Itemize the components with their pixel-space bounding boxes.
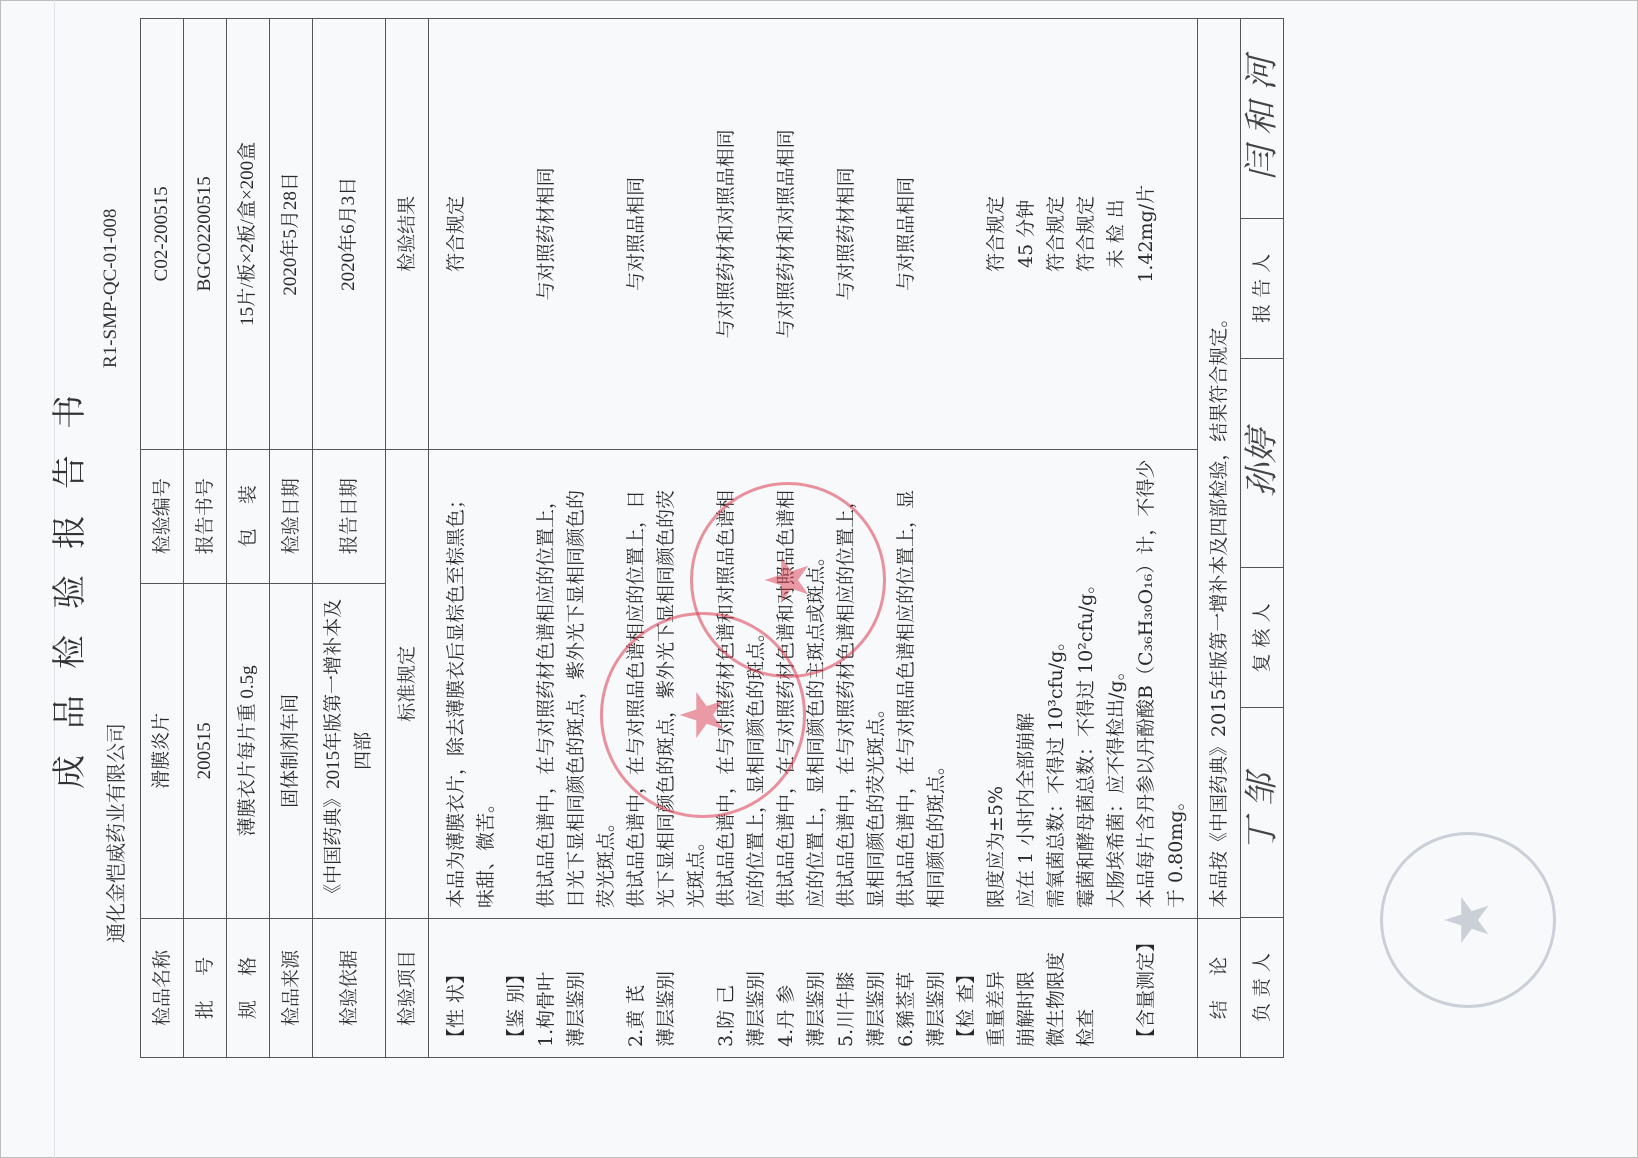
result-value-block: 与对照药材和对照品相同 [711,29,771,439]
report-no: BGC02200515 [184,19,227,450]
result-value-line [651,29,681,439]
responsible-signature: 丁 邹 [1241,708,1284,918]
test-item-name-block: 5.川牛膝薄层鉴别 [831,929,891,1047]
basis-label: 检验依据 [313,919,386,1058]
results-column: 符合规定 与对照药材相同 与对照品相同 与对照药材和对照品相同 与对照药材和对照… [429,19,1198,450]
star-icon: ★ [753,553,823,607]
row-product-name: 检品名称 滑膜炎片 检验编号 C02-200515 [141,19,184,1058]
standard-text-line: 霉菌和酵母菌总数：不得过 10²cfu/g。 [1071,460,1101,908]
standard-text-line: 大肠埃希菌：应不得检出/g。 [1101,460,1131,908]
result-value-line: 与对照药材和对照品相同 [771,29,801,439]
standard-text-block: 本品为薄膜衣片，除去薄膜衣后显棕色至棕黑色；味甜、微苦。 [441,460,501,908]
standard-text-line: 需氧菌总数：不得过 10³cfu/g。 [1041,460,1071,908]
test-date: 2020年5月28日 [270,19,313,450]
standard-text-line: 供试品色谱中，在与对照品色谱相应的位置上，显 [891,460,921,908]
conclusion-label: 结 论 [1198,919,1241,1058]
test-item-name-block: 4.丹 参薄层鉴别 [771,929,831,1047]
result-value-line: 与对照品相同 [891,29,921,439]
standard-text-block: 供试品色谱中，在与对照药材色谱相应的位置上，日光下显相同颜色的斑点，紫外光下显相… [501,460,621,908]
test-items-column: 【性 状】 【鉴 别】1.枸骨叶薄层鉴别 2.黄 芪薄层鉴别 3.防 己薄层鉴别… [429,919,1198,1058]
test-no: C02-200515 [141,19,184,450]
standard-text-line: 供试品色谱中，在与对照药材色谱相应的位置上， [531,460,561,908]
test-item-name-line: 5.川牛膝 [831,929,861,1047]
result-value-block: 符合规定符合规定未 检 出 [1041,29,1131,439]
row-source: 检品来源 固体制剂车间 检验日期 2020年5月28日 [270,19,313,1058]
company-name: 通化金恺威药业有限公司 [100,723,129,943]
result-value-line: 符合规定 [441,29,471,439]
test-item-name-line: 重量差异 [981,929,1011,1047]
row-batch: 批 号 200515 报告书号 BGC02200515 [184,19,227,1058]
test-item-name-line: 崩解时限 [1011,929,1041,1047]
report-date: 2020年6月3日 [313,19,386,450]
test-item-name-block: 【鉴 别】1.枸骨叶薄层鉴别 [501,929,621,1047]
test-item-name-line: 薄层鉴别 [741,929,771,1047]
document-title: 成品检验报告书 [42,0,91,1158]
standard-text-block: 限度应为±5% [951,460,1011,908]
reporter-label: 报 告 人 [1241,218,1284,358]
package: 15片/板×2板/盒×200盒 [227,19,270,450]
test-item-name-block: 【检 查】重量差异 [951,929,1011,1047]
test-no-label: 检验编号 [141,449,184,583]
result-value-block: 45 分钟 [1011,29,1041,439]
result-value-block: 符合规定 [441,29,501,439]
result-value-line: 符合规定 [981,29,1011,439]
reviewer-label: 复 核 人 [1241,568,1284,708]
col-standard-header: 标准规定 [386,449,429,918]
standard-text-line: 应在 1 小时内全部崩解 [1011,460,1041,908]
standard-text-line [501,460,531,908]
result-value-line [861,29,891,439]
reporter-signature: 闫 和 河 [1241,19,1284,219]
standard-text-block: 供试品色谱中，在与对照品色谱相应的位置上，显相同颜色的斑点。 [891,460,951,908]
signature-table: 负 责 人 丁 邹 复 核 人 孙婷 报 告 人 闫 和 河 [1240,18,1284,1058]
result-value-line: 符合规定 [1041,29,1071,439]
test-item-name-line: 薄层鉴别 [921,929,951,1047]
star-icon: ★ [1433,893,1503,947]
row-basis: 检验依据 《中国药典》2015年版第一增补本及四部 报告日期 2020年6月3日 [313,19,386,1058]
test-date-label: 检验日期 [270,449,313,583]
result-value-line: 符合规定 [1071,29,1101,439]
standard-text-line: 日光下显相同颜色的斑点，紫外光下显相同颜色的 [561,460,591,908]
test-item-name-line: 【含量测定】 [1131,929,1161,1047]
test-item-name-line: 6.豨莶草 [891,929,921,1047]
result-value-line: 1.42mg/片 [1131,29,1161,439]
test-item-name-line: 1.枸骨叶 [531,929,561,1047]
result-value-line [471,29,501,439]
conclusion-text: 本品按《中国药典》2015年版第一增补本及四部检验，结果符合规定。 [1198,19,1241,919]
result-value-line [951,29,981,439]
spec: 薄膜衣片每片重 0.5g [227,583,270,918]
col-result-header: 检验结果 [386,19,429,450]
standard-text-block: 需氧菌总数：不得过 10³cfu/g。霉菌和酵母菌总数：不得过 10²cfu/g… [1041,460,1131,908]
test-item-name-line [1161,929,1191,1047]
test-item-name-line: 2.黄 芪 [621,929,651,1047]
test-item-name-line [471,929,501,1047]
basis: 《中国药典》2015年版第一增补本及四部 [313,583,386,918]
test-item-name-block: 【性 状】 [441,929,501,1047]
result-value-line: 未 检 出 [1101,29,1131,439]
result-value-block: 与对照品相同 [891,29,951,439]
standard-text-block: 应在 1 小时内全部崩解 [1011,460,1041,908]
test-item-name-block: 【含量测定】 [1131,929,1191,1047]
standard-text-line: 味甜、微苦。 [471,460,501,908]
standard-text-line: 于 0.80mg。 [1161,460,1191,908]
test-item-name-line [591,929,621,1047]
test-item-name-line: 4.丹 参 [771,929,801,1047]
test-item-name-line: 薄层鉴别 [801,929,831,1047]
result-value-line [681,29,711,439]
star-icon: ★ [668,688,738,742]
result-value-line: 与对照品相同 [621,29,651,439]
standard-text-line: 限度应为±5% [981,460,1011,908]
test-item-name-line: 微生物限度 [1041,929,1071,1047]
report-no-label: 报告书号 [184,449,227,583]
result-value-line: 与对照药材相同 [831,29,861,439]
source-label: 检品来源 [270,919,313,1058]
test-item-name-line: 3.防 己 [711,929,741,1047]
test-item-name-line: 【检 查】 [951,929,981,1047]
standard-text-line: 相同颜色的斑点。 [921,460,951,908]
row-conclusion: 结 论 本品按《中国药典》2015年版第一增补本及四部检验，结果符合规定。 [1198,19,1241,1058]
test-item-name-line: 检查 [1071,929,1101,1047]
result-value-line: 45 分钟 [1011,29,1041,439]
result-value-line [801,29,831,439]
result-value-line [501,29,531,439]
result-value-line [921,29,951,439]
test-item-name-line [1101,929,1131,1047]
standard-text-line [951,460,981,908]
col-item-header: 检验项目 [386,919,429,1058]
test-item-name-line: 【鉴 别】 [501,929,531,1047]
result-value-block: 与对照药材和对照品相同 [771,29,831,439]
spec-label: 规 格 [227,919,270,1058]
row-spec: 规 格 薄膜衣片每片重 0.5g 包 装 15片/板×2板/盒×200盒 [227,19,270,1058]
test-item-name-line: 薄层鉴别 [861,929,891,1047]
standard-text-block: 本品每片含丹参以丹酚酸B（C₃₆H₃₀O₁₆）计，不得少于 0.80mg。 [1131,460,1191,908]
product-name: 滑膜炎片 [141,583,184,918]
result-value-block: 1.42mg/片 [1131,29,1191,439]
test-item-name-line: 【性 状】 [441,929,471,1047]
reviewer-signature: 孙婷 [1241,358,1284,568]
responsible-label: 负 责 人 [1241,918,1284,1058]
result-value-line [741,29,771,439]
standard-text-line: 本品每片含丹参以丹酚酸B（C₃₆H₃₀O₁₆）计，不得少 [1131,460,1161,908]
result-value-line [591,29,621,439]
package-label: 包 装 [227,449,270,583]
result-value-line: 与对照药材相同 [531,29,561,439]
batch: 200515 [184,583,227,918]
report-date-label: 报告日期 [313,449,386,583]
report-page: 成品检验报告书 通化金恺威药业有限公司 R1-SMP-QC-01-008 检品名… [0,0,1638,1158]
result-value-block: 与对照品相同 [621,29,711,439]
standard-text-line: 本品为薄膜衣片，除去薄膜衣后显棕色至棕黑色； [441,460,471,908]
test-item-name-line [681,929,711,1047]
source: 固体制剂车间 [270,583,313,918]
result-value-line [1161,29,1191,439]
form-code: R1-SMP-QC-01-008 [100,209,122,368]
test-item-name-block: 2.黄 芪薄层鉴别 [621,929,711,1047]
report-table: 检品名称 滑膜炎片 检验编号 C02-200515 批 号 200515 报告书… [140,18,1241,1058]
test-item-name-block: 3.防 己薄层鉴别 [711,929,771,1047]
result-value-block: 与对照药材相同 [501,29,621,439]
test-item-name-block: 崩解时限 [1011,929,1041,1047]
batch-label: 批 号 [184,919,227,1058]
test-item-name-line: 薄层鉴别 [651,929,681,1047]
product-name-label: 检品名称 [141,919,184,1058]
gray-seal-stamp: ★ [1380,832,1556,1008]
row-signatures: 负 责 人 丁 邹 复 核 人 孙婷 报 告 人 闫 和 河 [1241,19,1284,1058]
result-value-block: 与对照药材相同 [831,29,891,439]
red-seal-stamp-2: ★ [600,612,806,818]
test-item-name-block: 微生物限度检查 [1041,929,1131,1047]
result-value-line: 与对照药材和对照品相同 [711,29,741,439]
result-value-line [561,29,591,439]
result-value-block: 符合规定 [951,29,1011,439]
test-item-name-block: 6.豨莶草薄层鉴别 [891,929,951,1047]
test-item-name-line: 薄层鉴别 [561,929,591,1047]
row-column-headers: 检验项目 标准规定 检验结果 [386,19,429,1058]
